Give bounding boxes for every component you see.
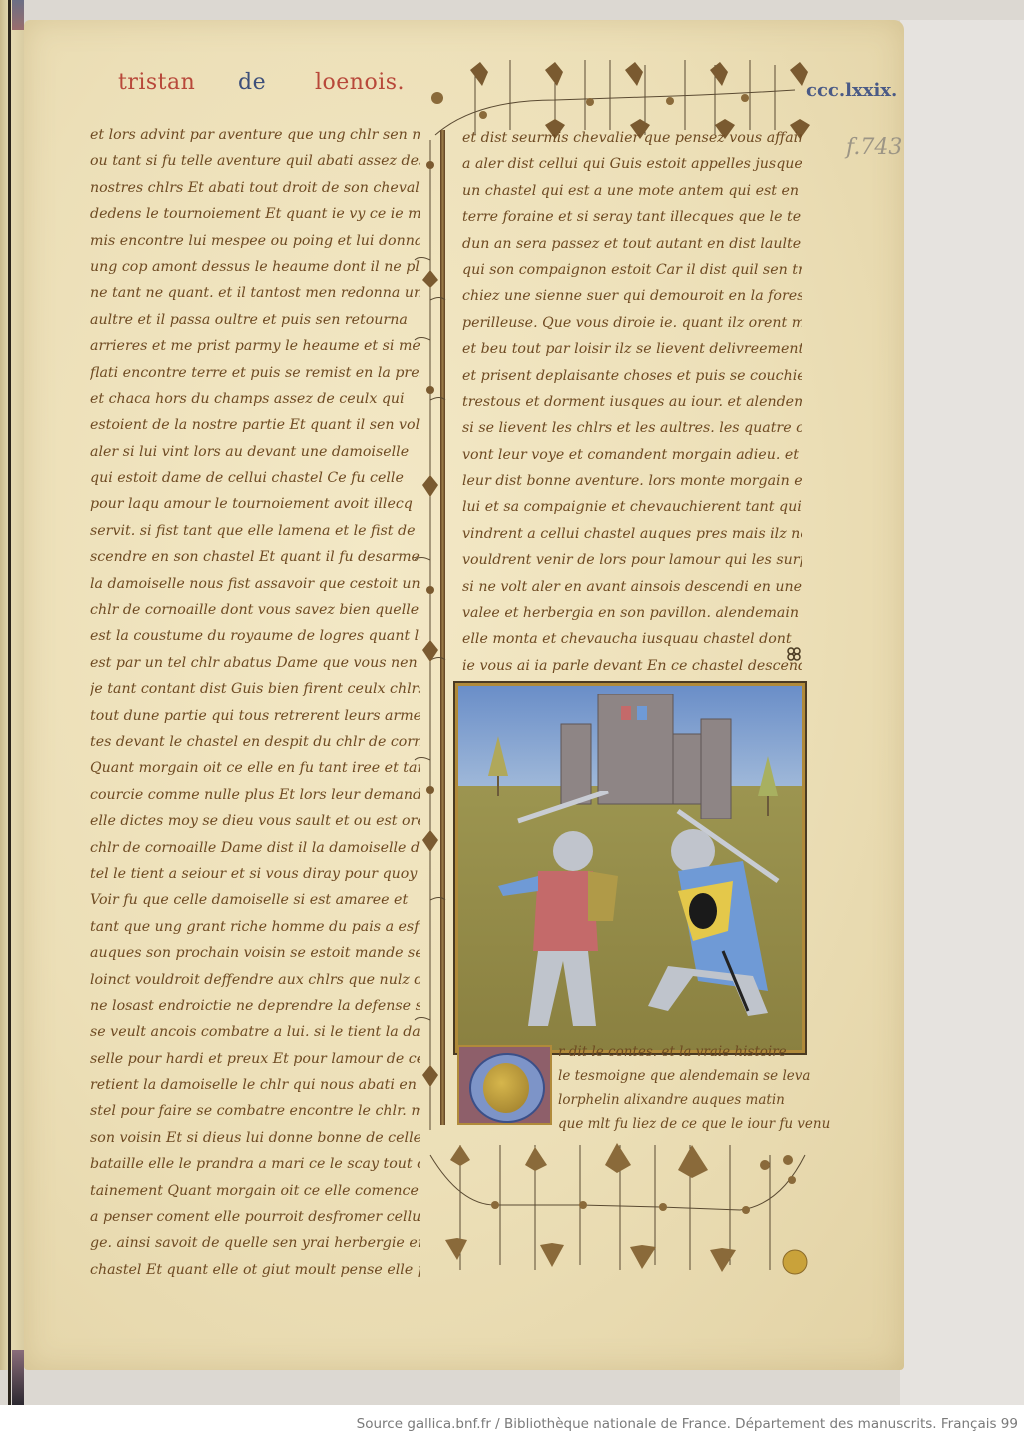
text-line: mis encontre lui mespee ou poing et lui … — [90, 228, 420, 254]
source-credit: Source gallica.bnf.fr / Bibliothèque nat… — [357, 1416, 1018, 1432]
text-line: aultre et il passa oultre et puis sen re… — [90, 307, 420, 333]
text-line: courcie comme nulle plus Et lors leur de… — [90, 782, 420, 808]
text-line: qui son compaignon estoit Car il dist qu… — [462, 257, 802, 283]
text-line: ie vous ai ia parle devant En ce chastel… — [462, 653, 802, 679]
text-line: elle dictes moy se dieu vous sault et ou… — [90, 808, 420, 834]
text-line: scendre en son chastel Et quant il fu de… — [90, 544, 420, 570]
text-line: stel pour faire se combatre encontre le … — [90, 1098, 420, 1124]
text-line: arrieres et me prist parmy le heaume et … — [90, 333, 420, 359]
text-line: tant que ung grant riche homme du pais a… — [90, 914, 420, 940]
text-line: chlr de cornoaille Dame dist il la damoi… — [90, 835, 420, 861]
text-line: terre foraine et si seray tant illecques… — [462, 204, 802, 230]
text-line: si ne volt aler en avant ainsois descend… — [462, 574, 802, 600]
text-line: pour laqu amour le tournoiement avoit il… — [90, 491, 420, 517]
text-line: ung cop amont dessus le heaume dont il n… — [90, 254, 420, 280]
bottom-foliage-border-icon — [420, 1135, 820, 1285]
pencil-annotation: f.743 — [846, 135, 902, 160]
text-line: Voir fu que celle damoiselle si est amar… — [90, 887, 420, 913]
text-line: estoient de la nostre partie Et quant il… — [90, 412, 420, 438]
text-line: la damoiselle nous fist assavoir que ces… — [90, 571, 420, 597]
text-line: ne losast endroictie ne deprendre la def… — [90, 993, 420, 1019]
text-line: et lors advint par aventure que ung chlr… — [90, 122, 420, 148]
text-line: et chaca hors du champs assez de ceulx q… — [90, 386, 420, 412]
text-line: a aler dist cellui qui Guis estoit appel… — [462, 151, 802, 177]
text-line: ne tant ne quant. et il tantost men redo… — [90, 280, 420, 306]
text-line: perilleuse. Que vous diroie ie. quant il… — [462, 310, 802, 336]
text-line: est par un tel chlr abatus Dame que vous… — [90, 650, 420, 676]
previous-leaf-edge — [0, 0, 24, 1370]
text-line: valee et herbergia en son pavillon. alen… — [462, 600, 802, 626]
text-line: vouldrent venir de lors pour lamour qui … — [462, 547, 802, 573]
text-line: aler si lui vint lors au devant une damo… — [90, 439, 420, 465]
text-line: le tesmoigne que alendemain se leva — [558, 1064, 830, 1088]
text-line: tel le tient a seiour et si vous diray p… — [90, 861, 420, 887]
decorated-initial-o — [457, 1045, 552, 1125]
running-head-loenois: loenois. — [315, 70, 405, 95]
text-line: Quant morgain oit ce elle en fu tant ire… — [90, 755, 420, 781]
text-line: chlr de cornoaille dont vous savez bien … — [90, 597, 420, 623]
text-line: et beu tout par loisir ilz se lievent de… — [462, 336, 802, 362]
text-line: r dit le contes. et la vraie histoire — [558, 1040, 830, 1064]
scan-right-margin — [900, 20, 1024, 1405]
text-line: dun an sera passez et tout autant en dis… — [462, 231, 802, 257]
left-text-column: et lors advint par aventure que ung chlr… — [90, 122, 420, 1283]
text-line: je tant contant dist Guis bien firent ce… — [90, 676, 420, 702]
text-line: a penser coment elle pourroit desfromer … — [90, 1204, 420, 1230]
text-line: flati encontre terre et puis se remist e… — [90, 360, 420, 386]
initial-gold-fill — [483, 1063, 529, 1113]
text-line: leur dist bonne aventure. lors monte mor… — [462, 468, 802, 494]
text-line: ou tant si fu telle aventure quil abati … — [90, 148, 420, 174]
text-line: selle pour hardi et preux Et pour lamour… — [90, 1046, 420, 1072]
text-line: ge. ainsi savoit de quelle sen yrai herb… — [90, 1230, 420, 1256]
text-line: se veult ancois combatre a lui. si le ti… — [90, 1019, 420, 1045]
knight-left-red-icon — [478, 791, 618, 1031]
text-line: vindrent a cellui chastel auques pres ma… — [462, 521, 802, 547]
binding-strip-top — [12, 0, 24, 30]
text-line: un chastel qui est a une mote antem qui … — [462, 178, 802, 204]
knight-right-blue-icon — [638, 801, 798, 1031]
text-line: et dist seurmis chevalier que pensez vou… — [462, 125, 802, 151]
initial-letter-ring — [469, 1053, 545, 1123]
text-line: chastel Et quant elle ot giut moult pens… — [90, 1257, 420, 1283]
text-line: tainement Quant morgain oit ce elle come… — [90, 1178, 420, 1204]
text-line: son voisin Et si dieus lui donne bonne d… — [90, 1125, 420, 1151]
text-line: lui et sa compaignie et chevauchierent t… — [462, 494, 802, 520]
quatrefoil-mark-icon — [786, 646, 802, 662]
text-line: est la coustume du royaume de logres qua… — [90, 623, 420, 649]
text-line: que mlt fu liez de ce que le iour fu ven… — [558, 1112, 830, 1136]
text-line: bataille elle le prandra a mari ce le sc… — [90, 1151, 420, 1177]
binding-strip-bottom — [12, 1350, 24, 1405]
text-line: vont leur voye et comandent morgain adie… — [462, 442, 802, 468]
binding-shadow-line — [8, 0, 11, 1405]
right-column-bottom-text: r dit le contes. et la vraie histoire le… — [558, 1040, 830, 1136]
text-line: retient la damoiselle le chlr qui nous a… — [90, 1072, 420, 1098]
text-line: nostres chlrs Et abati tout droit de son… — [90, 175, 420, 201]
text-line: elle monta et chevaucha iusquau chastel … — [462, 626, 802, 652]
text-line: si se lievent les chlrs et les aultres. … — [462, 415, 802, 441]
text-line: et prisent deplaisante choses et puis se… — [462, 363, 802, 389]
miniature-illustration — [455, 683, 805, 1053]
text-line: auques son prochain voisin se estoit man… — [90, 940, 420, 966]
text-line: qui estoit dame de cellui chastel Ce fu … — [90, 465, 420, 491]
folio-number: ccc.lxxix. — [806, 80, 897, 101]
text-line: tes devant le chastel en despit du chlr … — [90, 729, 420, 755]
tree-left-icon — [488, 736, 508, 796]
text-line: lorphelin alixandre auques matin — [558, 1088, 830, 1112]
text-line: loinct vouldroit deffendre aux chlrs que… — [90, 967, 420, 993]
running-head-de: de — [238, 70, 266, 95]
text-line: servit. si fist tant que elle lamena et … — [90, 518, 420, 544]
text-line: chiez une sienne suer qui demouroit en l… — [462, 283, 802, 309]
text-line: dedens le tournoiement Et quant ie vy ce… — [90, 201, 420, 227]
running-head-tristan: tristan — [118, 70, 195, 95]
text-line: tout dune partie qui tous retrerent leur… — [90, 703, 420, 729]
text-line: trestous et dorment iusques au iour. et … — [462, 389, 802, 415]
